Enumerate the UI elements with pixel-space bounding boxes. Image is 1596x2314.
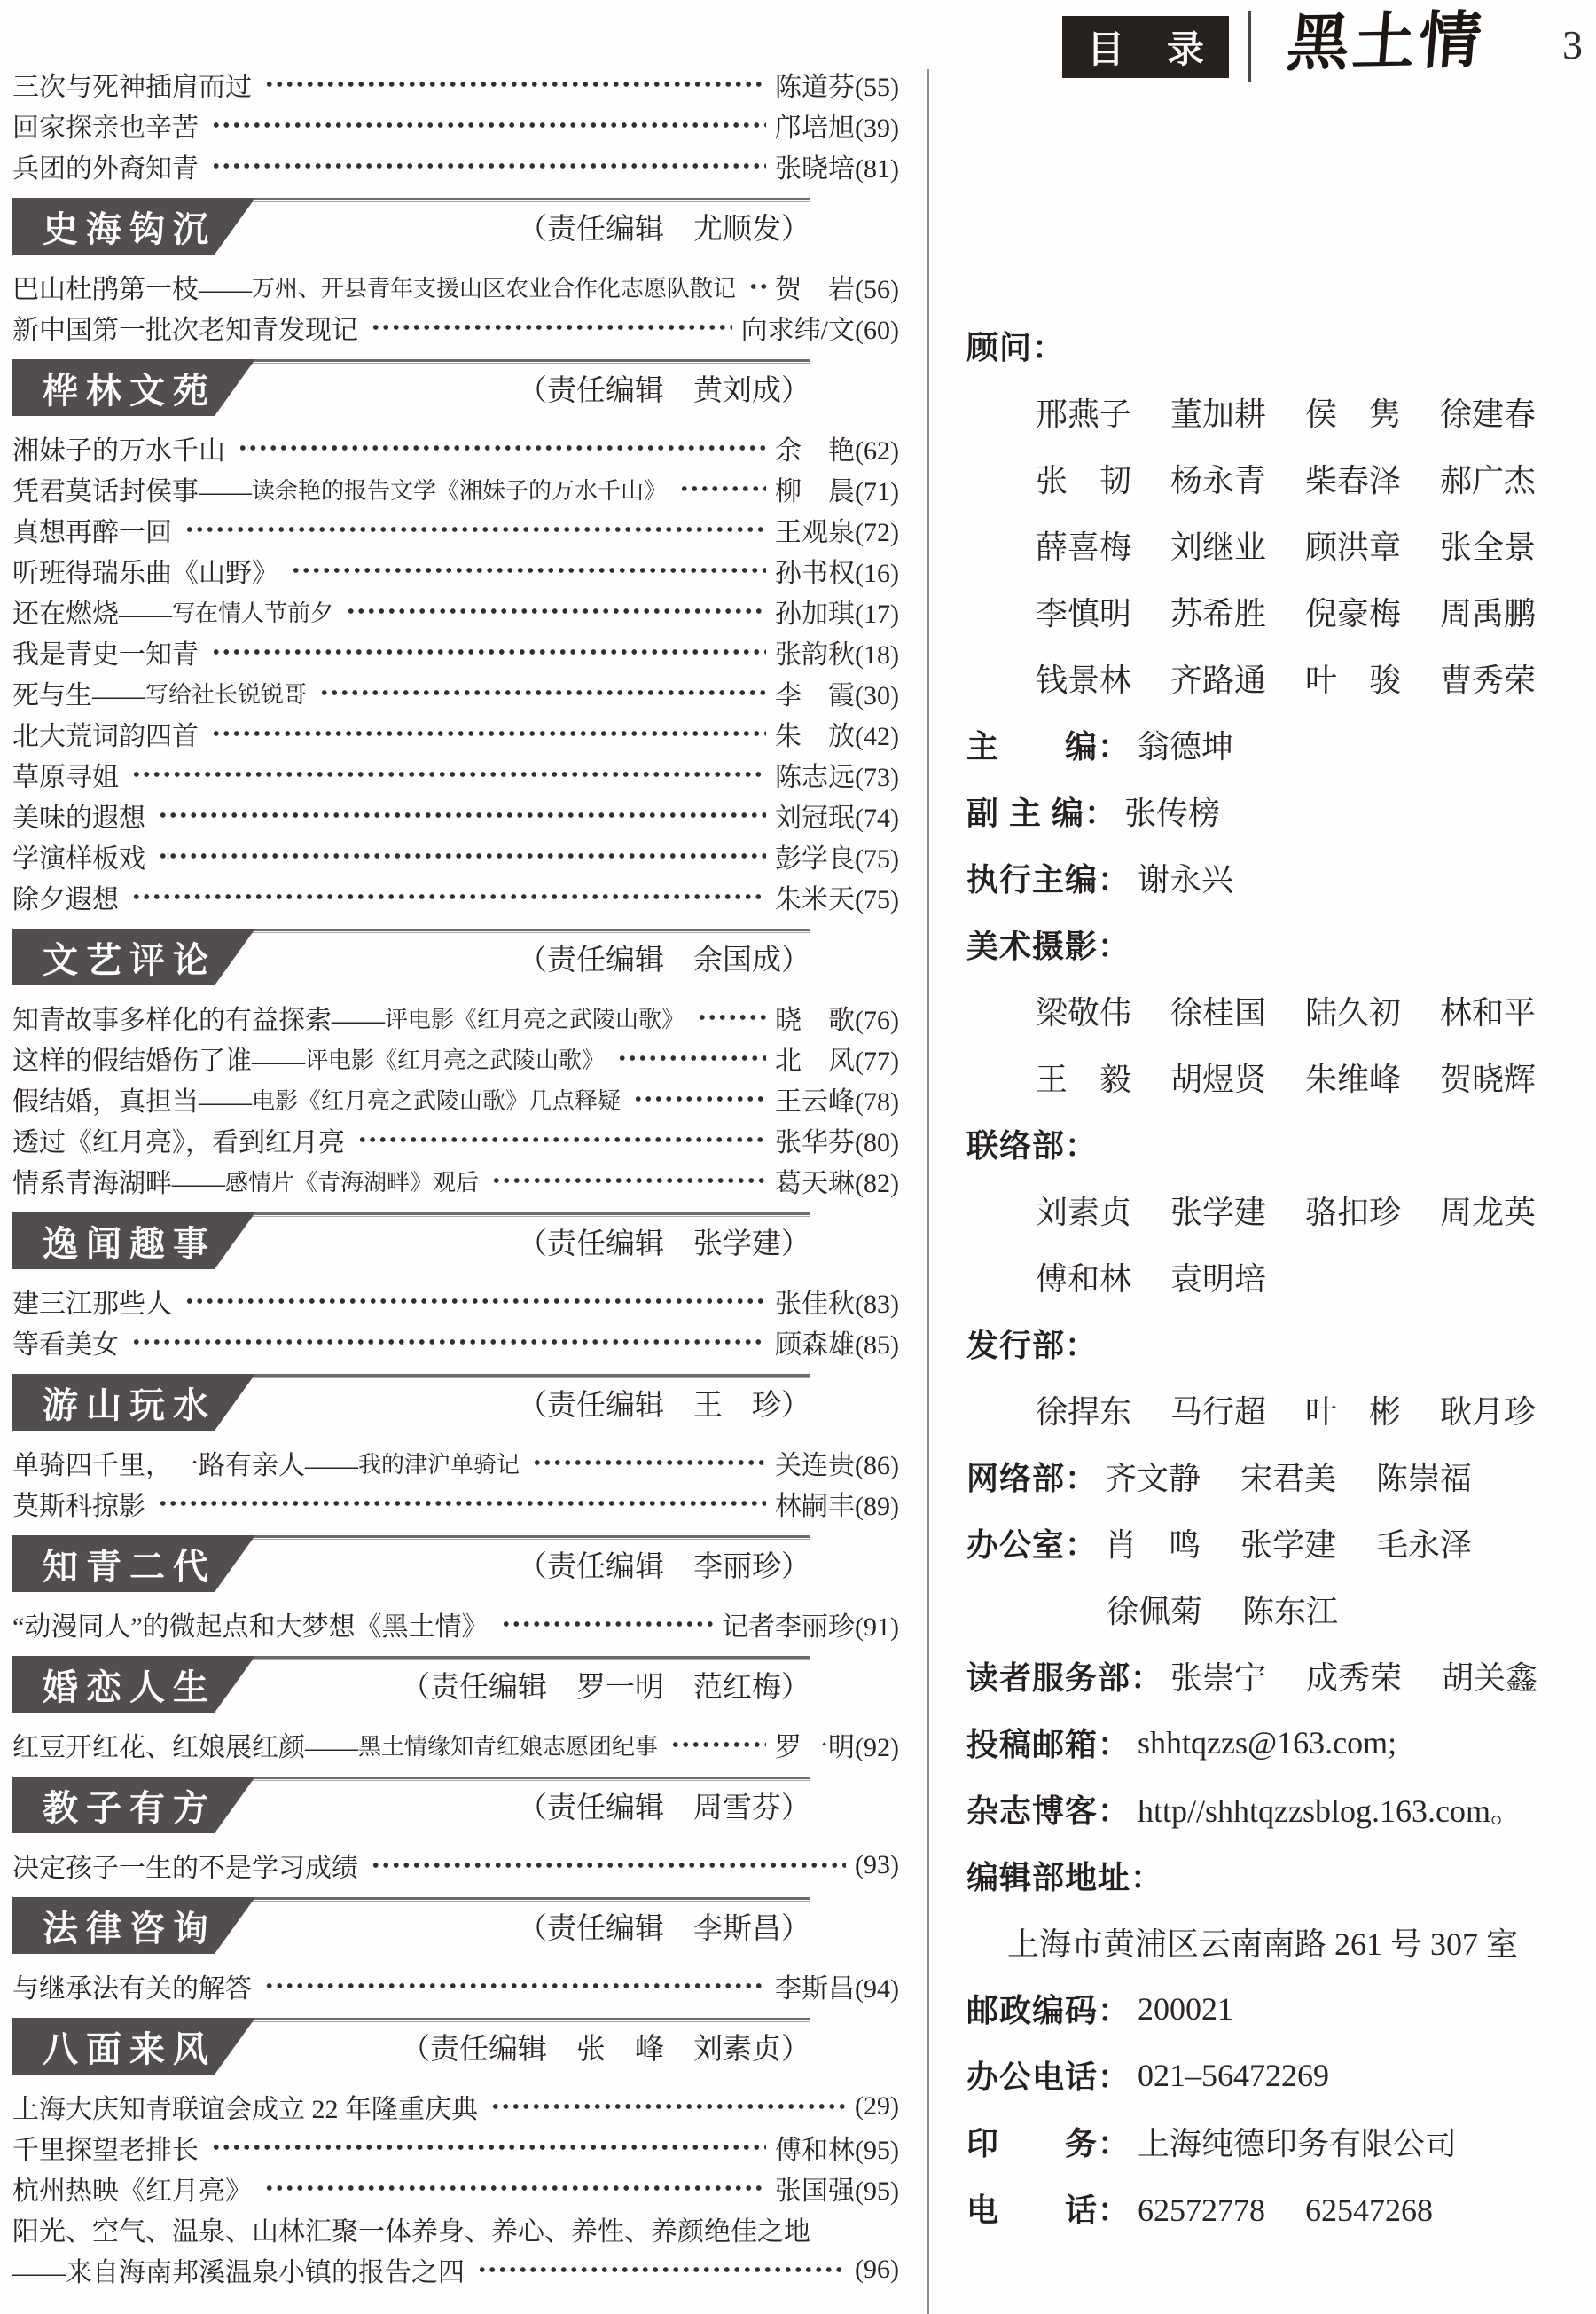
masthead-row: 网络部：齐文静 宋君美 陈崇福 <box>966 1443 1596 1510</box>
toc-leader-dots <box>357 1119 766 1160</box>
masthead-name: 董加耕 <box>1170 389 1305 435</box>
toc-entry-title: 我是青史一知青 <box>12 632 199 671</box>
toc-entry-author-page: 张华芬(80) <box>775 1120 899 1159</box>
masthead-value: shhtqzzs@163.com; <box>1138 1724 1396 1761</box>
masthead-value: 翁德坤 <box>1138 722 1233 767</box>
masthead-row: 办公电话：021–56472269 <box>966 2042 1596 2108</box>
masthead-label: 电 话： <box>966 2185 1130 2231</box>
masthead-name: 耿月珍 <box>1440 1387 1575 1432</box>
masthead-names-row: 张 韧杨永青柴春泽郝广杰 <box>1036 456 1575 501</box>
masthead-name: 朱维峰 <box>1305 1055 1440 1100</box>
masthead-row: 电 话：62572778 62547268 <box>966 2175 1596 2241</box>
toc-leader-dots <box>184 1281 766 1322</box>
masthead-value: http//shhtqzzsblog.163.com。 <box>1138 1786 1522 1832</box>
toc-leader-dots <box>697 997 766 1038</box>
toc-leader-dots <box>131 754 766 795</box>
masthead-name: 齐路通 <box>1170 655 1305 701</box>
toc-entry-title: 回家探亲也辛苦 <box>12 106 199 145</box>
toc-section: 文艺评论（责任编辑 余国成） <box>12 929 899 985</box>
toc-entry-author-page: 王云峰(78) <box>775 1079 899 1118</box>
masthead-value: 谢永兴 <box>1138 855 1233 900</box>
masthead-names-row: 薛喜梅刘继业顾洪章张全景 <box>1036 522 1575 568</box>
section-banner: 知青二代 <box>12 1535 255 1592</box>
toc-entry-author-page: 李斯昌(94) <box>775 1966 899 2005</box>
masthead-row: 编辑部地址： <box>966 1842 1596 1909</box>
masthead-row: 联络部： <box>966 1110 1596 1177</box>
section-banner: 游山玩水 <box>12 1374 255 1431</box>
masthead-names-row: 李慎明苏希胜倪豪梅周禹鹏 <box>1036 589 1575 634</box>
toc-leader-dots <box>238 428 766 468</box>
toc-entry-title: 单骑四千里，一路有亲人—— <box>12 1443 358 1482</box>
masthead-name: 柴春泽 <box>1305 456 1440 501</box>
page-number: 3 <box>1562 21 1583 68</box>
section-editor-label: （责任编辑 尤顺发） <box>518 198 810 255</box>
toc-leader-dots <box>371 1845 846 1886</box>
toc-entry-author-page: 朱米天(75) <box>775 877 899 916</box>
toc-section: 游山玩水（责任编辑 王 珍） <box>12 1374 899 1431</box>
header-divider-line <box>1248 11 1251 82</box>
masthead-row: 邢燕子董加耕侯 隽徐建春 <box>966 379 1596 445</box>
masthead-label: 读者服务部： <box>966 1653 1163 1698</box>
masthead-names-row: 徐捍东马行超叶 彬耿月珍 <box>1036 1387 1575 1432</box>
toc-entry-title: 假结婚，真担当—— <box>12 1079 252 1118</box>
masthead-name: 李慎明 <box>1036 589 1170 634</box>
toc-entry-title: 草原寻姐 <box>12 755 119 794</box>
masthead-name: 杨永青 <box>1170 456 1305 501</box>
masthead-name: 倪豪梅 <box>1305 589 1440 634</box>
masthead-name: 刘素贞 <box>1036 1188 1170 1233</box>
masthead-label: 联络部： <box>966 1121 1098 1166</box>
toc-leader-dots <box>633 1079 766 1119</box>
masthead-row: 王 毅胡煜贤朱维峰贺晓辉 <box>966 1044 1596 1110</box>
toc-entry-subtitle: 电影《红月亮之武陵山歌》几点释疑 <box>252 1083 621 1116</box>
masthead-name: 叶 骏 <box>1305 655 1440 701</box>
toc-section: 知青二代（责任编辑 李丽珍） <box>12 1535 899 1592</box>
table-of-contents: 三次与死神插肩而过陈道芬(55)回家探亲也辛苦邝培旭(39)兵团的外裔知青张晓培… <box>12 64 899 2290</box>
toc-leader-dots <box>346 591 766 631</box>
masthead-row: 办公室：肖 鸣 张学建 毛永泽 <box>966 1510 1596 1576</box>
masthead-label: 执行主编： <box>966 855 1130 900</box>
toc-entry: 决定孩子一生的不是学习成绩(93) <box>12 1845 899 1886</box>
masthead-row: 投稿邮箱：shhtqzzs@163.com; <box>966 1709 1596 1776</box>
toc-header-label-right: 录 <box>1167 20 1204 74</box>
toc-leader-dots <box>491 1160 766 1201</box>
toc-entry-author-page: 顾森雄(85) <box>775 1322 899 1361</box>
section-editor-label: （责任编辑 李斯昌） <box>518 1897 810 1954</box>
masthead-name: 徐捍东 <box>1036 1387 1170 1432</box>
toc-entry: 回家探亲也辛苦邝培旭(39) <box>12 105 899 145</box>
masthead-row: 邮政编码：200021 <box>966 1975 1596 2042</box>
masthead-name: 曹秀荣 <box>1440 655 1575 701</box>
toc-entry: 千里探望老排长傅和林(95) <box>12 2127 899 2168</box>
masthead-label: 邮政编码： <box>966 1986 1130 2031</box>
toc-section: 教子有方（责任编辑 周雪芬） <box>12 1777 899 1833</box>
masthead-name: 周龙英 <box>1440 1188 1575 1233</box>
toc-leader-dots <box>670 1724 766 1765</box>
masthead-name: 刘继业 <box>1170 522 1305 568</box>
toc-leader-dots <box>679 468 766 509</box>
masthead-name: 陆久初 <box>1305 988 1440 1033</box>
toc-entry-author-page: 朱 放(42) <box>775 714 899 753</box>
toc-entry: 北大荒词韵四首朱 放(42) <box>12 713 899 754</box>
toc-entry-author-page: 王观泉(72) <box>775 510 899 549</box>
toc-entry-title: 兵团的外裔知青 <box>12 146 199 185</box>
toc-entry-title: 建三江那些人 <box>12 1282 172 1321</box>
masthead-name: 苏希胜 <box>1170 589 1305 634</box>
toc-leader-dots <box>319 672 766 713</box>
masthead-label: 办公电话： <box>966 2052 1130 2098</box>
masthead-name: 钱景林 <box>1036 655 1170 701</box>
masthead-row: 傅和林袁明培 <box>966 1243 1596 1310</box>
toc-leader-dots <box>184 509 766 550</box>
toc-leader-dots <box>501 1604 713 1644</box>
toc-entry-title: 除夕遐想 <box>12 877 119 916</box>
toc-leader-dots <box>158 1483 766 1524</box>
toc-leader-dots <box>211 2127 766 2168</box>
section-editor-label: （责任编辑 王 珍） <box>518 1374 810 1431</box>
toc-leader-dots <box>264 1965 766 2006</box>
toc-entry-title: 情系青海湖畔—— <box>12 1161 225 1200</box>
toc-section: 八面来风（责任编辑 张 峰 刘素贞） <box>12 2018 899 2075</box>
toc-entry: 阳光、空气、温泉、山林汇聚一体养身、养心、养性、养颜绝佳之地 <box>12 2208 899 2249</box>
masthead-row: 薛喜梅刘继业顾洪章张全景 <box>966 512 1596 578</box>
masthead-label: 网络部： <box>966 1454 1098 1499</box>
toc-entry-author-page: 贺 岩(56) <box>775 267 899 306</box>
masthead-label: 美术摄影： <box>966 922 1130 967</box>
masthead-name: 袁明培 <box>1170 1254 1305 1299</box>
toc-section: 桦林文苑（责任编辑 黄刘成） <box>12 359 899 416</box>
section-banner: 文艺评论 <box>12 929 255 985</box>
toc-entry: 草原寻姐陈志远(73) <box>12 754 899 795</box>
toc-entry-subtitle: 评电影《红月亮之武陵山歌》 <box>305 1042 605 1075</box>
masthead-label: 印 务： <box>966 2119 1130 2164</box>
toc-leader-dots <box>211 105 766 145</box>
masthead-row: 钱景林齐路通叶 骏曹秀荣 <box>966 645 1596 711</box>
masthead-value: 上海纯德印务有限公司 <box>1138 2119 1457 2164</box>
masthead-names-row: 梁敬伟徐桂国陆久初林和平 <box>1036 988 1575 1033</box>
toc-entry-author-page: 林嗣丰(89) <box>775 1484 899 1523</box>
masthead-row: 刘素贞张学建骆扣珍周龙英 <box>966 1177 1596 1243</box>
masthead-name: 傅和林 <box>1036 1254 1170 1299</box>
toc-entry: 湘妹子的万水千山余 艳(62) <box>12 428 899 468</box>
toc-section: 史海钩沉（责任编辑 尤顺发） <box>12 198 899 255</box>
toc-entry-author-page: 邝培旭(39) <box>775 106 899 145</box>
magazine-logo: 黑土情 <box>1284 0 1495 83</box>
toc-entry-title: 阳光、空气、温泉、山林汇聚一体养身、养心、养性、养颜绝佳之地 <box>12 2209 810 2248</box>
toc-entry: 单骑四千里，一路有亲人——我的津沪单骑记关连贵(86) <box>12 1442 899 1483</box>
toc-entry-author-page: 张佳秋(83) <box>775 1282 899 1321</box>
masthead-name: 徐桂国 <box>1170 988 1305 1033</box>
masthead-name: 周禹鹏 <box>1440 589 1575 634</box>
masthead: 顾问：邢燕子董加耕侯 隽徐建春张 韧杨永青柴春泽郝广杰薛喜梅刘继业顾洪章张全景李… <box>966 312 1596 2241</box>
masthead-name: 侯 隽 <box>1305 389 1440 435</box>
toc-entry: 透过《红月亮》，看到红月亮张华芬(80) <box>12 1119 899 1160</box>
masthead-row: 读者服务部：张崇宁 成秀荣 胡关鑫 <box>966 1643 1596 1709</box>
toc-entry: 凭君莫话封侯事——读余艳的报告文学《湘妹子的万水千山》柳 晨(71) <box>12 468 899 509</box>
toc-entry: 杭州热映《红月亮》张国强(95) <box>12 2168 899 2208</box>
toc-entry-subtitle: 黑土情缘知青红娘志愿团纪事 <box>358 1729 658 1761</box>
toc-entry: 我是青史一知青张韵秋(18) <box>12 631 899 672</box>
toc-entry: 这样的假结婚伤了谁——评电影《红月亮之武陵山歌》北 风(77) <box>12 1038 899 1079</box>
section-editor-label: （责任编辑 李丽珍） <box>518 1535 810 1592</box>
toc-entry-author-page: 北 风(77) <box>775 1039 899 1078</box>
toc-section: 逸闻趣事（责任编辑 张学建） <box>12 1212 899 1269</box>
masthead-label: 编辑部地址： <box>966 1853 1163 1898</box>
masthead-name: 张 韧 <box>1036 456 1170 501</box>
toc-entry-title: 北大荒词韵四首 <box>12 714 199 753</box>
masthead-name: 骆扣珍 <box>1305 1188 1440 1233</box>
masthead-value: 张崇宁 成秀荣 胡关鑫 <box>1170 1653 1537 1698</box>
section-banner: 八面来风 <box>12 2018 255 2075</box>
toc-leader-dots <box>264 64 766 105</box>
masthead-row: 副 主 编：张传榜 <box>966 778 1596 844</box>
masthead-row: 杂志博客：http//shhtqzzsblog.163.com。 <box>966 1776 1596 1842</box>
toc-leader-dots <box>264 2168 766 2208</box>
section-editor-label: （责任编辑 黄刘成） <box>518 359 810 416</box>
toc-header-label-left: 目 <box>1087 20 1124 74</box>
masthead-name: 张全景 <box>1440 522 1575 568</box>
toc-entry-author-page: 向求纬/文(60) <box>741 308 899 347</box>
toc-entry-title: 三次与死神插肩而过 <box>12 65 252 104</box>
masthead-value: 齐文静 宋君美 陈崇福 <box>1105 1454 1472 1499</box>
toc-entry-author-page: 柳 晨(71) <box>775 469 899 508</box>
toc-entry-title: 死与生—— <box>12 673 145 712</box>
toc-entry-author-page: 记者李丽珍(91) <box>722 1604 899 1643</box>
masthead-name: 邢燕子 <box>1036 389 1170 435</box>
toc-entry-author-page: (96) <box>855 2255 899 2285</box>
toc-entry-author-page: 罗一明(92) <box>775 1725 899 1764</box>
toc-entry: 知青故事多样化的有益探索——评电影《红月亮之武陵山歌》晓 歌(76) <box>12 997 899 1038</box>
masthead-name: 叶 彬 <box>1305 1387 1440 1432</box>
toc-entry-title: 杭州热映《红月亮》 <box>12 2169 252 2208</box>
toc-leader-dots <box>490 2086 846 2127</box>
toc-entry: 红豆开红花、红娘展红颜——黑土情缘知青红娘志愿团纪事罗一明(92) <box>12 1724 899 1765</box>
section-banner: 婚恋人生 <box>12 1656 255 1713</box>
toc-entry-author-page: 傅和林(95) <box>775 2128 899 2167</box>
masthead-label: 投稿邮箱： <box>966 1720 1130 1765</box>
toc-entry-title: 千里探望老排长 <box>12 2128 199 2167</box>
toc-entry-title: 还在燃烧—— <box>12 592 172 631</box>
toc-entry-title: 凭君莫话封侯事—— <box>12 469 252 508</box>
toc-entry: 兵团的外裔知青张晓培(81) <box>12 145 899 186</box>
toc-leader-dots <box>211 631 766 672</box>
toc-entry-title: 巴山杜鹃第一枝—— <box>12 267 252 306</box>
toc-entry: ——来自海南邦溪温泉小镇的报告之四(96) <box>12 2249 899 2290</box>
toc-entry: 上海大庆知青联谊会成立 22 年隆重庆典(29) <box>12 2086 899 2127</box>
masthead-row: 顾问： <box>966 312 1596 379</box>
masthead-row: 徐佩菊 陈东江 <box>966 1576 1596 1643</box>
toc-leader-dots <box>532 1442 766 1483</box>
masthead-value: 62572778 62547268 <box>1138 2185 1433 2231</box>
section-banner: 史海钩沉 <box>12 198 255 255</box>
toc-section: 婚恋人生（责任编辑 罗一明 范红梅） <box>12 1656 899 1713</box>
toc-header-box: 目 录 <box>1062 16 1229 78</box>
masthead-label: 副 主 编： <box>966 788 1117 834</box>
toc-entry-title: 听班得瑞乐曲《山野》 <box>12 551 278 590</box>
masthead-label: 杂志博客： <box>966 1786 1130 1832</box>
toc-entry: 三次与死神插肩而过陈道芬(55) <box>12 64 899 105</box>
toc-entry-author-page: 孙加琪(17) <box>775 592 899 631</box>
toc-entry: 美味的遐想刘冠珉(74) <box>12 795 899 835</box>
masthead-row: 美术摄影： <box>966 911 1596 977</box>
toc-entry: 假结婚，真担当——电影《红月亮之武陵山歌》几点释疑王云峰(78) <box>12 1079 899 1119</box>
toc-section: 法律咨询（责任编辑 李斯昌） <box>12 1897 899 1954</box>
toc-leader-dots <box>131 876 766 917</box>
toc-entry-author-page: 葛天琳(82) <box>775 1161 899 1200</box>
toc-leader-dots <box>617 1038 766 1079</box>
toc-entry-title: “动漫同人”的微起点和大梦想《黑土情》 <box>12 1604 489 1643</box>
toc-entry: 情系青海湖畔——感情片《青海湖畔》观后葛天琳(82) <box>12 1160 899 1201</box>
toc-entry-subtitle: 写在情人节前夕 <box>172 595 333 628</box>
toc-leader-dots <box>211 713 766 754</box>
toc-entry-title: 学演样板戏 <box>12 836 145 875</box>
toc-entry-subtitle: 我的津沪单骑记 <box>358 1447 520 1479</box>
masthead-names-row: 邢燕子董加耕侯 隽徐建春 <box>1036 389 1575 435</box>
toc-entry-subtitle: 感情片《青海湖畔》观后 <box>225 1165 479 1197</box>
toc-entry: “动漫同人”的微起点和大梦想《黑土情》记者李丽珍(91) <box>12 1604 899 1644</box>
masthead-name: 胡煜贤 <box>1170 1055 1305 1100</box>
toc-entry-subtitle: 万州、开县青年支援山区农业合作化志愿队散记 <box>252 271 736 303</box>
toc-entry-title: 湘妹子的万水千山 <box>12 428 225 467</box>
masthead-label: 发行部： <box>966 1321 1098 1366</box>
toc-leader-dots <box>211 145 766 186</box>
toc-entry-author-page: 晓 歌(76) <box>775 998 899 1037</box>
section-banner: 桦林文苑 <box>12 359 255 416</box>
section-banner: 逸闻趣事 <box>12 1212 255 1269</box>
toc-entry: 巴山杜鹃第一枝——万州、开县青年支援山区农业合作化志愿队散记贺 岩(56) <box>12 266 899 307</box>
masthead-names-row: 钱景林齐路通叶 骏曹秀荣 <box>1036 655 1575 701</box>
toc-entry-title: 决定孩子一生的不是学习成绩 <box>12 1846 358 1885</box>
toc-entry: 等看美女顾森雄(85) <box>12 1322 899 1362</box>
column-divider-line <box>927 69 929 2314</box>
toc-leader-dots <box>477 2249 846 2290</box>
toc-leader-dots <box>371 307 732 348</box>
masthead-name: 王 毅 <box>1036 1055 1170 1100</box>
toc-entry-author-page: 刘冠珉(74) <box>775 796 899 835</box>
toc-entry-subtitle: 写给社长锐锐哥 <box>145 677 307 710</box>
toc-entry-title: 真想再醉一回 <box>12 510 172 549</box>
masthead-row: 梁敬伟徐桂国陆久初林和平 <box>966 977 1596 1044</box>
toc-entry: 建三江那些人张佳秋(83) <box>12 1281 899 1322</box>
toc-entry-author-page: 李 霞(30) <box>775 673 899 712</box>
masthead-name: 马行超 <box>1170 1387 1305 1432</box>
toc-entry-title: 与继承法有关的解答 <box>12 1966 252 2005</box>
masthead-name: 张学建 <box>1170 1188 1305 1233</box>
toc-entry-author-page: 孙书权(16) <box>775 551 899 590</box>
masthead-name: 顾洪章 <box>1305 522 1440 568</box>
toc-entry-title: 知青故事多样化的有益探索—— <box>12 998 385 1037</box>
toc-entry-title: 美味的遐想 <box>12 796 145 835</box>
toc-entry-title: 这样的假结婚伤了谁—— <box>12 1039 305 1078</box>
masthead-value: 张传榜 <box>1124 788 1220 834</box>
masthead-row: 张 韧杨永青柴春泽郝广杰 <box>966 445 1596 512</box>
toc-entry-subtitle: 评电影《红月亮之武陵山歌》 <box>385 1001 685 1034</box>
toc-entry: 与继承法有关的解答李斯昌(94) <box>12 1965 899 2006</box>
toc-entry-author-page: (29) <box>855 2091 899 2122</box>
masthead-row: 主 编：翁德坤 <box>966 711 1596 778</box>
masthead-name: 薛喜梅 <box>1036 522 1170 568</box>
toc-entry-title: 上海大庆知青联谊会成立 22 年隆重庆典 <box>12 2087 478 2126</box>
toc-leader-dots <box>748 266 766 307</box>
masthead-value: 200021 <box>1138 1990 1233 2028</box>
toc-entry: 除夕遐想朱米天(75) <box>12 876 899 917</box>
section-editor-label: （责任编辑 张学建） <box>518 1212 810 1269</box>
masthead-label: 办公室： <box>966 1520 1098 1565</box>
toc-entry: 真想再醉一回王观泉(72) <box>12 509 899 550</box>
toc-entry-title: 莫斯科掠影 <box>12 1484 145 1523</box>
toc-entry-author-page: 张韵秋(18) <box>775 632 899 671</box>
masthead-row: 徐捍东马行超叶 彬耿月珍 <box>966 1377 1596 1443</box>
toc-entry-author-page: 余 艳(62) <box>775 428 899 467</box>
toc-entry: 听班得瑞乐曲《山野》孙书权(16) <box>12 550 899 591</box>
toc-entry-author-page: 张国强(95) <box>775 2169 899 2208</box>
toc-entry-author-page: 关连贵(86) <box>775 1443 899 1482</box>
toc-leader-dots <box>158 835 766 876</box>
masthead-names-row: 王 毅胡煜贤朱维峰贺晓辉 <box>1036 1055 1575 1100</box>
section-banner: 法律咨询 <box>12 1897 255 1954</box>
masthead-row: 发行部： <box>966 1310 1596 1377</box>
toc-entry: 新中国第一批次老知青发现记向求纬/文(60) <box>12 307 899 348</box>
toc-leader-dots <box>131 1322 766 1362</box>
toc-entry-author-page: 陈志远(73) <box>775 755 899 794</box>
section-editor-label: （责任编辑 余国成） <box>518 929 810 985</box>
masthead-value: 021–56472269 <box>1138 2057 1329 2094</box>
masthead-row: 李慎明苏希胜倪豪梅周禹鹏 <box>966 578 1596 645</box>
masthead-label: 顾问： <box>966 323 1065 368</box>
toc-entry-author-page: 陈道芬(55) <box>775 65 899 104</box>
toc-entry-title: 透过《红月亮》，看到红月亮 <box>12 1120 345 1159</box>
toc-entry-title: 红豆开红花、红娘展红颜—— <box>12 1725 358 1764</box>
section-editor-label: （责任编辑 罗一明 范红梅） <box>401 1656 810 1713</box>
toc-entry: 死与生——写给社长锐锐哥李 霞(30) <box>12 672 899 713</box>
masthead-name: 郝广杰 <box>1440 456 1575 501</box>
section-banner: 教子有方 <box>12 1777 255 1833</box>
section-editor-label: （责任编辑 张 峰 刘素贞） <box>401 2018 810 2075</box>
toc-entry-author-page: 张晓培(81) <box>775 146 899 185</box>
toc-entry: 学演样板戏彭学良(75) <box>12 835 899 876</box>
toc-entry: 还在燃烧——写在情人节前夕孙加琪(17) <box>12 591 899 631</box>
masthead-row: 印 务：上海纯德印务有限公司 <box>966 2108 1596 2175</box>
masthead-name: 林和平 <box>1440 988 1575 1033</box>
toc-entry-author-page: 彭学良(75) <box>775 836 899 875</box>
masthead-row: 上海市黄浦区云南南路 261 号 307 室 <box>966 1909 1596 1975</box>
toc-entry-author-page: (93) <box>855 1850 899 1880</box>
masthead-names-row: 傅和林袁明培 <box>1036 1254 1575 1299</box>
toc-leader-dots <box>291 550 766 591</box>
masthead-value: 肖 鸣 张学建 毛永泽 <box>1105 1520 1472 1565</box>
toc-entry-title: 新中国第一批次老知青发现记 <box>12 308 358 347</box>
masthead-name: 徐建春 <box>1440 389 1575 435</box>
masthead-name: 梁敬伟 <box>1036 988 1170 1033</box>
masthead-label: 主 编： <box>966 722 1130 767</box>
masthead-value-continued: 徐佩菊 陈东江 <box>1107 1587 1338 1632</box>
toc-entry: 莫斯科掠影林嗣丰(89) <box>12 1483 899 1524</box>
toc-entry-title: ——来自海南邦溪温泉小镇的报告之四 <box>12 2250 465 2289</box>
toc-entry-subtitle: 读余艳的报告文学《湘妹子的万水千山》 <box>252 473 667 506</box>
masthead-value-continued: 上海市黄浦区云南南路 261 号 307 室 <box>1007 1919 1518 1965</box>
toc-entry-title: 等看美女 <box>12 1322 119 1361</box>
section-editor-label: （责任编辑 周雪芬） <box>518 1777 810 1833</box>
masthead-name: 贺晓辉 <box>1440 1055 1575 1100</box>
masthead-row: 执行主编：谢永兴 <box>966 844 1596 911</box>
toc-leader-dots <box>158 795 766 835</box>
masthead-names-row: 刘素贞张学建骆扣珍周龙英 <box>1036 1188 1575 1233</box>
